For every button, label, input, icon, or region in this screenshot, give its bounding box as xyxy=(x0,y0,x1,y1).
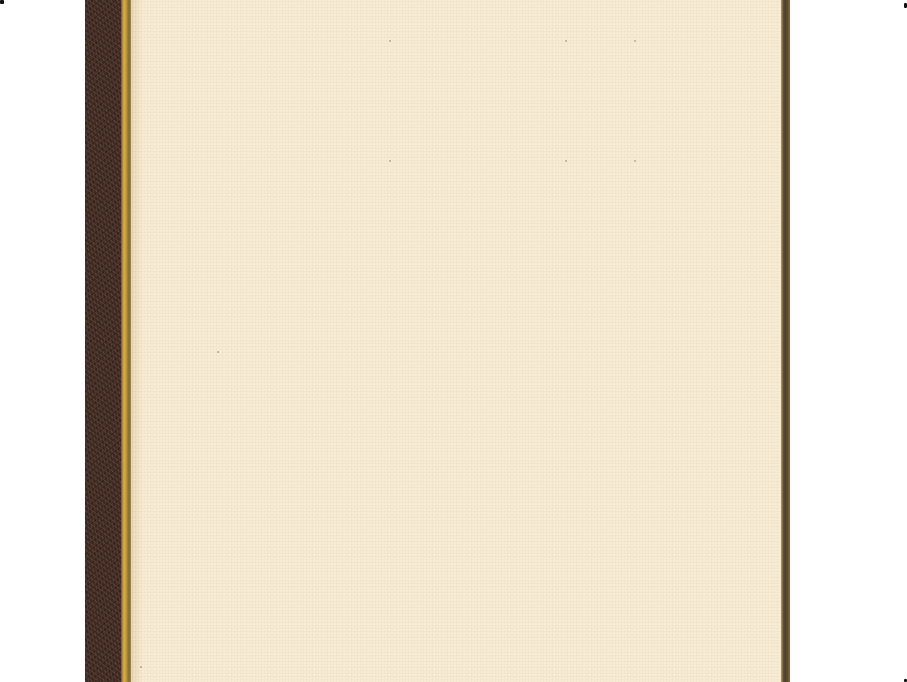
note-page[interactable] xyxy=(131,0,781,682)
notebook xyxy=(85,0,790,682)
window-corner-mark xyxy=(0,0,4,4)
paper-speck xyxy=(140,666,142,668)
note-text-area[interactable] xyxy=(147,16,765,666)
gold-binding-strip xyxy=(121,0,131,682)
page-edge xyxy=(781,0,790,682)
app-window xyxy=(0,0,907,682)
leather-spine xyxy=(85,0,121,682)
